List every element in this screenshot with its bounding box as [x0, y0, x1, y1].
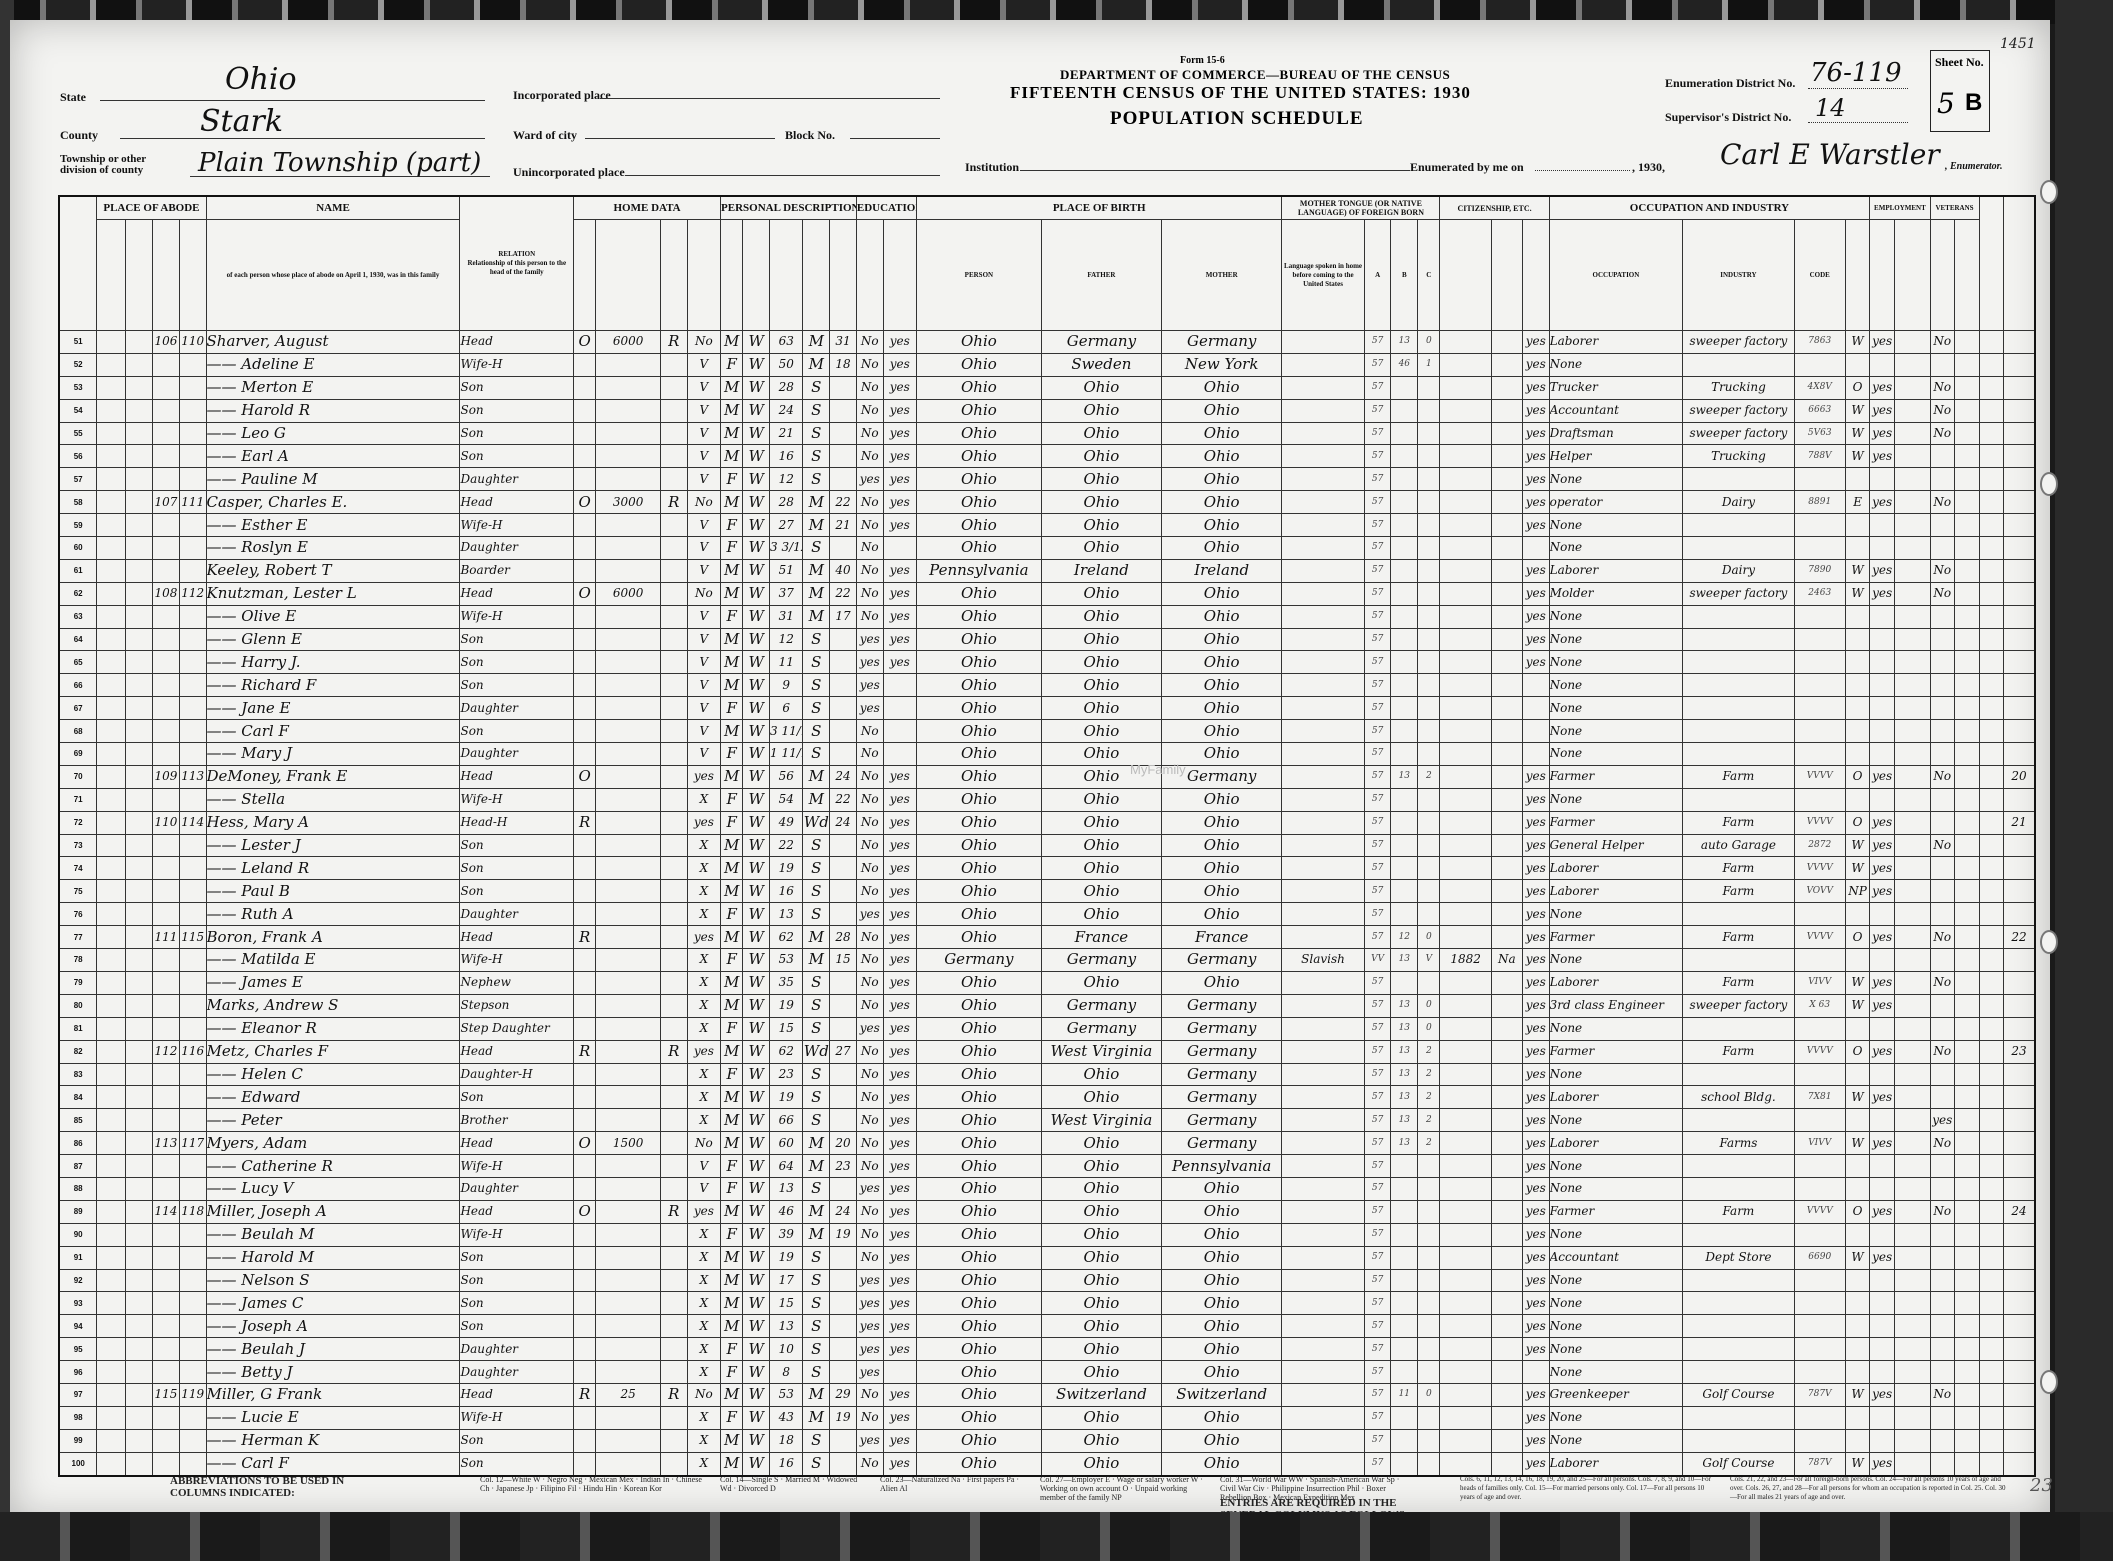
cell-marital: S	[803, 376, 830, 399]
cell-eng: yes	[1522, 445, 1549, 468]
cell-house	[126, 1200, 153, 1223]
cell-sex: F	[721, 353, 743, 376]
cell-read: yes	[883, 651, 916, 674]
cell-farm: No	[687, 331, 720, 354]
cell-eng: yes	[1522, 880, 1549, 903]
col-code-d: CODE	[1794, 220, 1845, 331]
cell-age-marr	[830, 651, 857, 674]
cell-birth: Ohio	[917, 926, 1042, 949]
cell-farm-sched	[2004, 1383, 2036, 1406]
cell-farm-sched	[2004, 468, 2036, 491]
cell-tenure	[574, 422, 596, 445]
cell-line: 67	[59, 697, 97, 720]
cell-class: O	[1845, 765, 1870, 788]
cell-occupation: None	[1549, 1177, 1683, 1200]
cell-unemp	[1894, 1361, 1930, 1384]
cell-school: yes	[856, 628, 883, 651]
cell-vet: No	[1930, 1132, 1955, 1155]
cell-relation: Step Daughter	[460, 1017, 574, 1040]
cell-vet	[1930, 949, 1955, 972]
cell-mother: Ohio	[1162, 1452, 1282, 1475]
cell-vet	[1930, 1017, 1955, 1040]
cell-occupation: Greenkeeper	[1549, 1383, 1683, 1406]
cell-tongue	[1282, 1177, 1364, 1200]
cell-natz	[1491, 1200, 1522, 1223]
cell-occupation: General Helper	[1549, 834, 1683, 857]
cell-radio	[660, 582, 687, 605]
cell-school: yes	[856, 1315, 883, 1338]
group-abode: PLACE OF ABODE	[97, 196, 206, 220]
cell-birth: Ohio	[917, 1086, 1042, 1109]
cell-read: yes	[883, 559, 916, 582]
cell-line: 58	[59, 491, 97, 514]
cell-mother: Ohio	[1162, 720, 1282, 743]
cell-unemp	[1894, 926, 1930, 949]
cell-name: —— Betty J	[206, 1361, 460, 1384]
cell-eng: yes	[1522, 1429, 1549, 1452]
cell-value	[596, 1040, 661, 1063]
cell-street	[97, 1132, 126, 1155]
cell-mother: Ohio	[1162, 1406, 1282, 1429]
cell-dwelling	[153, 1269, 180, 1292]
cell-farm: X	[687, 949, 720, 972]
cell-farm-sched	[2004, 559, 2036, 582]
cell-sex: F	[721, 743, 743, 766]
cell-marital: M	[803, 514, 830, 537]
cell-age-marr	[830, 971, 857, 994]
col-radio	[660, 220, 687, 331]
cell-marital: S	[803, 1017, 830, 1040]
cell-war	[1955, 582, 1980, 605]
cell-farm-sched	[2004, 582, 2036, 605]
cell-eng: yes	[1522, 1383, 1549, 1406]
cell-birth: Ohio	[917, 1292, 1042, 1315]
cell-tenure	[574, 788, 596, 811]
cell-code-d	[1794, 1269, 1845, 1292]
cell-relation: Son	[460, 399, 574, 422]
cell-code-c	[1418, 788, 1440, 811]
cell-code-a: 57	[1364, 926, 1391, 949]
cell-family	[179, 376, 206, 399]
cell-family: 118	[179, 1200, 206, 1223]
cell-eng: yes	[1522, 1315, 1549, 1338]
cell-street	[97, 537, 126, 560]
cell-immig	[1440, 674, 1491, 697]
cell-war	[1955, 1132, 1980, 1155]
cell-farm: X	[687, 994, 720, 1017]
cell-sex: F	[721, 1338, 743, 1361]
cell-value: 1500	[596, 1132, 661, 1155]
cell-code-b	[1391, 399, 1418, 422]
cell-father: Ohio	[1041, 811, 1161, 834]
cell-street	[97, 1017, 126, 1040]
cell-war	[1955, 903, 1980, 926]
cell-house	[126, 605, 153, 628]
cell-name: —— Eleanor R	[206, 1017, 460, 1040]
cell-sex: M	[721, 857, 743, 880]
cell-farm-sched	[2004, 1109, 2036, 1132]
cell-natz	[1491, 1017, 1522, 1040]
cell-sex: F	[721, 1223, 743, 1246]
cell-marital: S	[803, 1109, 830, 1132]
cell-war	[1955, 949, 1980, 972]
cell-war	[1955, 628, 1980, 651]
cell-value	[596, 1017, 661, 1040]
cell-tongue	[1282, 422, 1364, 445]
cell-eng: yes	[1522, 1292, 1549, 1315]
cell-tongue	[1282, 971, 1364, 994]
group-citizenship: CITIZENSHIP, ETC.	[1440, 196, 1549, 220]
cell-birth: Ohio	[917, 994, 1042, 1017]
cell-relation: Head	[460, 1132, 574, 1155]
cell-radio	[660, 880, 687, 903]
cell-class	[1845, 468, 1870, 491]
cell-value	[596, 399, 661, 422]
cell-house	[126, 1292, 153, 1315]
cell-farm-sched: 22	[2004, 926, 2036, 949]
cell-code-d	[1794, 720, 1845, 743]
cell-house	[126, 1361, 153, 1384]
cell-code-c	[1418, 1452, 1440, 1475]
cell-code-b	[1391, 743, 1418, 766]
cell-tenure: R	[574, 1040, 596, 1063]
cell-radio	[660, 1292, 687, 1315]
cell-age-marr	[830, 1177, 857, 1200]
cell-code-d	[1794, 1338, 1845, 1361]
cell-war	[1955, 331, 1980, 354]
cell-read: yes	[883, 1155, 916, 1178]
cell-read: yes	[883, 331, 916, 354]
cell-radio: R	[660, 491, 687, 514]
cell-immig	[1440, 1223, 1491, 1246]
cell-sex: M	[721, 376, 743, 399]
cell-vet	[1930, 651, 1955, 674]
cell-birth: Ohio	[917, 1132, 1042, 1155]
cell-immig	[1440, 1269, 1491, 1292]
cell-unemp	[1894, 1292, 1930, 1315]
cell-code-c	[1418, 1246, 1440, 1269]
cell-birth: Ohio	[917, 1017, 1042, 1040]
cell-industry: Golf Course	[1683, 1383, 1794, 1406]
cell-industry	[1683, 651, 1794, 674]
cell-eng	[1522, 537, 1549, 560]
cell-read: yes	[883, 605, 916, 628]
cell-name: Boron, Frank A	[206, 926, 460, 949]
cell-age: 13	[770, 903, 803, 926]
cell-dwelling	[153, 788, 180, 811]
cell-unemp	[1894, 1223, 1930, 1246]
cell-read: yes	[883, 1086, 916, 1109]
cell-father: Ohio	[1041, 422, 1161, 445]
cell-father: Ohio	[1041, 1338, 1161, 1361]
cell-farm: X	[687, 834, 720, 857]
cell-radio	[660, 1086, 687, 1109]
cell-war	[1955, 857, 1980, 880]
form-number: Form 15-6	[1180, 55, 1225, 66]
cell-tongue	[1282, 834, 1364, 857]
cell-tenure	[574, 903, 596, 926]
cell-farm-sched	[2004, 537, 2036, 560]
cell-relation: Daughter	[460, 1177, 574, 1200]
cell-father: West Virginia	[1041, 1109, 1161, 1132]
cell-dwelling	[153, 880, 180, 903]
cell-dwelling	[153, 743, 180, 766]
cell-age-marr	[830, 1429, 857, 1452]
cell-code-a: 57	[1364, 834, 1391, 857]
cell-work	[1870, 949, 1895, 972]
cell-x	[1979, 1086, 2004, 1109]
cell-street	[97, 788, 126, 811]
cell-code-c	[1418, 582, 1440, 605]
cell-value	[596, 743, 661, 766]
cell-radio	[660, 1361, 687, 1384]
cell-war	[1955, 445, 1980, 468]
cell-father: Ohio	[1041, 1406, 1161, 1429]
cell-x	[1979, 880, 2004, 903]
cell-dwelling	[153, 1292, 180, 1315]
cell-age: 16	[770, 445, 803, 468]
cell-race: W	[743, 994, 770, 1017]
cell-value	[596, 720, 661, 743]
cell-street	[97, 1109, 126, 1132]
cell-immig	[1440, 605, 1491, 628]
cell-father: Ohio	[1041, 537, 1161, 560]
cell-line: 86	[59, 1132, 97, 1155]
cell-vet: No	[1930, 582, 1955, 605]
cell-age: 1 11/12	[770, 743, 803, 766]
cell-house	[126, 926, 153, 949]
cell-family	[179, 1406, 206, 1429]
cell-work	[1870, 605, 1895, 628]
cell-name: —— Lucy V	[206, 1177, 460, 1200]
cell-code-d	[1794, 1155, 1845, 1178]
cell-work: yes	[1870, 880, 1895, 903]
cell-radio	[660, 1063, 687, 1086]
cell-marital: S	[803, 468, 830, 491]
cell-code-c	[1418, 903, 1440, 926]
cell-age: 12	[770, 628, 803, 651]
cell-relation: Daughter	[460, 903, 574, 926]
table-row: 55—— Leo GSonVMW21SNoyesOhioOhioOhio57ye…	[59, 422, 2035, 445]
cell-farm: V	[687, 537, 720, 560]
cell-farm-sched	[2004, 1361, 2036, 1384]
table-row: 52—— Adeline EWife-HVFW50M18NoyesOhioSwe…	[59, 353, 2035, 376]
cell-birth: Ohio	[917, 399, 1042, 422]
cell-name: —— Leland R	[206, 857, 460, 880]
cell-sex: M	[721, 971, 743, 994]
table-row: 59—— Esther EWife-HVFW27M21NoyesOhioOhio…	[59, 514, 2035, 537]
cell-code-b	[1391, 605, 1418, 628]
cell-code-a: 57	[1364, 628, 1391, 651]
cell-race: W	[743, 1452, 770, 1475]
cell-tenure	[574, 445, 596, 468]
cell-age: 39	[770, 1223, 803, 1246]
cell-birth: Ohio	[917, 628, 1042, 651]
cell-read: yes	[883, 880, 916, 903]
cell-line: 97	[59, 1383, 97, 1406]
col-occupation: OCCUPATION	[1549, 220, 1683, 331]
cell-line: 83	[59, 1063, 97, 1086]
cell-read: yes	[883, 1200, 916, 1223]
cell-name: —— Adeline E	[206, 353, 460, 376]
col-tenure	[574, 220, 596, 331]
cell-school: No	[856, 559, 883, 582]
cell-class	[1845, 1155, 1870, 1178]
cell-work: yes	[1870, 926, 1895, 949]
cell-race: W	[743, 880, 770, 903]
cell-sex: F	[721, 468, 743, 491]
cell-relation: Son	[460, 651, 574, 674]
cell-line: 81	[59, 1017, 97, 1040]
cell-industry: sweeper factory	[1683, 582, 1794, 605]
cell-value	[596, 1429, 661, 1452]
enum-district-label: Enumeration District No.	[1665, 76, 1795, 91]
cell-school: No	[856, 1246, 883, 1269]
cell-sex: F	[721, 811, 743, 834]
cell-radio	[660, 468, 687, 491]
cell-x	[1979, 445, 2004, 468]
cell-name: —— Lucie E	[206, 1406, 460, 1429]
cell-farm: X	[687, 857, 720, 880]
cell-tenure	[574, 1155, 596, 1178]
cell-occupation: None	[1549, 514, 1683, 537]
cell-street	[97, 422, 126, 445]
cell-marital: S	[803, 1086, 830, 1109]
cell-industry	[1683, 1063, 1794, 1086]
cell-family	[179, 1155, 206, 1178]
cell-occupation: Laborer	[1549, 857, 1683, 880]
cell-vet: No	[1930, 1040, 1955, 1063]
cell-code-c: 2	[1418, 1040, 1440, 1063]
cell-farm: yes	[687, 926, 720, 949]
cell-relation: Son	[460, 1292, 574, 1315]
binder-hole	[2040, 180, 2058, 204]
cell-war	[1955, 514, 1980, 537]
cell-relation: Daughter-H	[460, 1063, 574, 1086]
cell-marital: Wd	[803, 811, 830, 834]
cell-relation: Son	[460, 1315, 574, 1338]
cell-birth: Ohio	[917, 1361, 1042, 1384]
cell-x	[1979, 514, 2004, 537]
cell-read: yes	[883, 903, 916, 926]
cell-unemp	[1894, 674, 1930, 697]
cell-code-a: 57	[1364, 353, 1391, 376]
cell-work: yes	[1870, 582, 1895, 605]
cell-x	[1979, 468, 2004, 491]
cell-value	[596, 1361, 661, 1384]
cell-code-b	[1391, 697, 1418, 720]
cell-eng: yes	[1522, 514, 1549, 537]
cell-work	[1870, 674, 1895, 697]
cell-age: 13	[770, 1315, 803, 1338]
cell-radio	[660, 1155, 687, 1178]
cell-age: 19	[770, 1086, 803, 1109]
cell-race: W	[743, 788, 770, 811]
cell-code-d	[1794, 1315, 1845, 1338]
cell-read: yes	[883, 468, 916, 491]
cell-value	[596, 1452, 661, 1475]
col-person: PERSON	[917, 220, 1042, 331]
cell-relation: Daughter	[460, 1361, 574, 1384]
cell-immig	[1440, 582, 1491, 605]
cell-name: —— Mary J	[206, 743, 460, 766]
cell-war	[1955, 811, 1980, 834]
cell-war	[1955, 674, 1980, 697]
cell-x	[1979, 1177, 2004, 1200]
cell-eng: yes	[1522, 559, 1549, 582]
cell-sex: F	[721, 903, 743, 926]
cell-age-marr	[830, 880, 857, 903]
cell-class	[1845, 1109, 1870, 1132]
cell-farm-sched: 21	[2004, 811, 2036, 834]
cell-race: W	[743, 559, 770, 582]
cell-farm: X	[687, 1452, 720, 1475]
cell-occupation: None	[1549, 1155, 1683, 1178]
cell-race: W	[743, 1063, 770, 1086]
cell-occupation: Laborer	[1549, 1132, 1683, 1155]
table-row: 51106110Sharver, AugustHeadO6000RNoMW63M…	[59, 331, 2035, 354]
cell-code-a: VV	[1364, 949, 1391, 972]
cell-name: Marks, Andrew S	[206, 994, 460, 1017]
cell-sex: F	[721, 1361, 743, 1384]
cell-code-a: 57	[1364, 720, 1391, 743]
cell-code-c	[1418, 720, 1440, 743]
cell-war	[1955, 1177, 1980, 1200]
cell-mother: Ohio	[1162, 628, 1282, 651]
cell-marital: S	[803, 697, 830, 720]
cell-farm: No	[687, 1383, 720, 1406]
cell-tongue	[1282, 353, 1364, 376]
cell-x	[1979, 1269, 2004, 1292]
cell-x	[1979, 1155, 2004, 1178]
cell-code-c: 0	[1418, 1017, 1440, 1040]
cell-immig	[1440, 1338, 1491, 1361]
cell-father: France	[1041, 926, 1161, 949]
cell-tenure	[574, 720, 596, 743]
cell-industry	[1683, 1361, 1794, 1384]
cell-natz	[1491, 1109, 1522, 1132]
cell-house	[126, 1109, 153, 1132]
cell-farm-sched	[2004, 445, 2036, 468]
scan-border-right	[2055, 0, 2113, 1561]
cell-x	[1979, 1292, 2004, 1315]
cell-age-marr: 23	[830, 1155, 857, 1178]
cell-farm: V	[687, 514, 720, 537]
cell-age-marr	[830, 1452, 857, 1475]
cell-sex: M	[721, 1200, 743, 1223]
cell-age-marr: 22	[830, 491, 857, 514]
cell-farm-sched: 20	[2004, 765, 2036, 788]
cell-sex: M	[721, 994, 743, 1017]
cell-immig	[1440, 1200, 1491, 1223]
cell-age-marr	[830, 1338, 857, 1361]
cell-natz	[1491, 971, 1522, 994]
cell-relation: Wife-H	[460, 1406, 574, 1429]
cell-natz	[1491, 353, 1522, 376]
cell-eng: yes	[1522, 811, 1549, 834]
cell-family: 114	[179, 811, 206, 834]
cell-family	[179, 1292, 206, 1315]
cell-vet	[1930, 1315, 1955, 1338]
cell-street	[97, 811, 126, 834]
cell-mother: Germany	[1162, 1132, 1282, 1155]
cell-value	[596, 514, 661, 537]
cell-school: yes	[856, 1269, 883, 1292]
cell-unemp	[1894, 445, 1930, 468]
cell-farm: No	[687, 1132, 720, 1155]
cell-sex: F	[721, 1017, 743, 1040]
cell-dwelling: 109	[153, 765, 180, 788]
